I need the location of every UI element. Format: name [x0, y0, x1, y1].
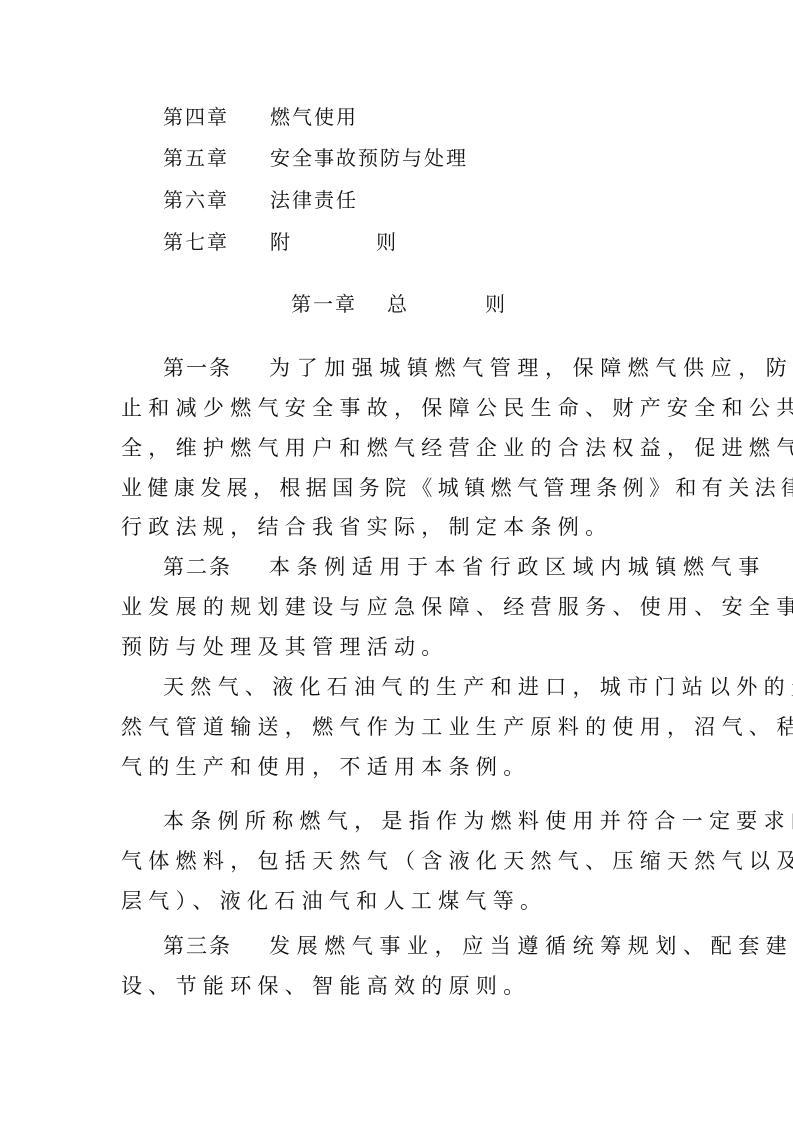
article-label: 第二条: [163, 552, 269, 582]
toc-chapter-title: 燃气使用: [270, 102, 358, 132]
chapter-heading-number: 第一章: [291, 289, 357, 319]
article-1-line-3: 全，维护燃气用户和燃气经营企业的合法权益，促进燃气事: [121, 433, 681, 463]
toc-chapter-title: 安全事故预防与处理: [270, 143, 468, 173]
article-2-line-3: 预防与处理及其管理活动。: [121, 632, 681, 662]
toc-chapter-title: 法律责任: [270, 185, 358, 215]
article-1-line-4: 业健康发展，根据国务院《城镇燃气管理条例》和有关法律、: [121, 473, 681, 503]
article-2-para-3-line-1: 本条例所称燃气，是指作为燃料使用并符合一定要求的: [163, 806, 723, 836]
toc-chapter-title-part-a: 附: [270, 227, 290, 257]
chapter-heading: 第一章 总 则: [0, 289, 793, 319]
chapter-heading-title-part-b: 则: [485, 289, 505, 319]
toc-chapter-number: 第六章: [163, 185, 229, 215]
article-2-line-1: 第二条本条例适用于本省行政区域内城镇燃气事: [163, 552, 723, 582]
toc-chapter-number: 第七章: [163, 227, 229, 257]
article-3-line-2: 设、节能环保、智能高效的原则。: [121, 971, 681, 1001]
article-2-para-2-line-1: 天然气、液化石油气的生产和进口，城市门站以外的天: [163, 672, 723, 702]
toc-chapter-title-part-b: 则: [376, 227, 396, 257]
article-1-line-5: 行政法规，结合我省实际，制定本条例。: [121, 512, 681, 542]
article-2-para-3-line-2: 气体燃料，包括天然气（含液化天然气、压缩天然气以及煤: [121, 846, 681, 876]
toc-item-chapter-7: 第七章 附 则: [163, 227, 423, 257]
article-1-line-2: 止和减少燃气安全事故，保障公民生命、财产安全和公共安: [121, 393, 681, 423]
toc-chapter-number: 第五章: [163, 143, 229, 173]
article-2-para-2-line-3: 气的生产和使用，不适用本条例。: [121, 752, 681, 782]
chapter-heading-title-part-a: 总: [387, 289, 407, 319]
article-label: 第一条: [163, 353, 269, 383]
article-label: 第三条: [163, 931, 269, 961]
article-3-line-1: 第三条发展燃气事业，应当遵循统筹规划、配套建: [163, 931, 723, 961]
toc-chapter-number: 第四章: [163, 102, 229, 132]
article-2-line-2: 业发展的规划建设与应急保障、经营服务、使用、安全事故: [121, 592, 681, 622]
article-2-para-2-line-2: 然气管道输送，燃气作为工业生产原料的使用，沼气、秸秆: [121, 712, 681, 742]
article-1-line-1: 第一条为了加强城镇燃气管理，保障燃气供应，防: [163, 353, 723, 383]
article-2-para-3-line-3: 层气）、液化石油气和人工煤气等。: [121, 886, 681, 916]
document-page: 第四章 燃气使用 第五章 安全事故预防与处理 第六章 法律责任 第七章 附 则 …: [0, 0, 793, 1122]
